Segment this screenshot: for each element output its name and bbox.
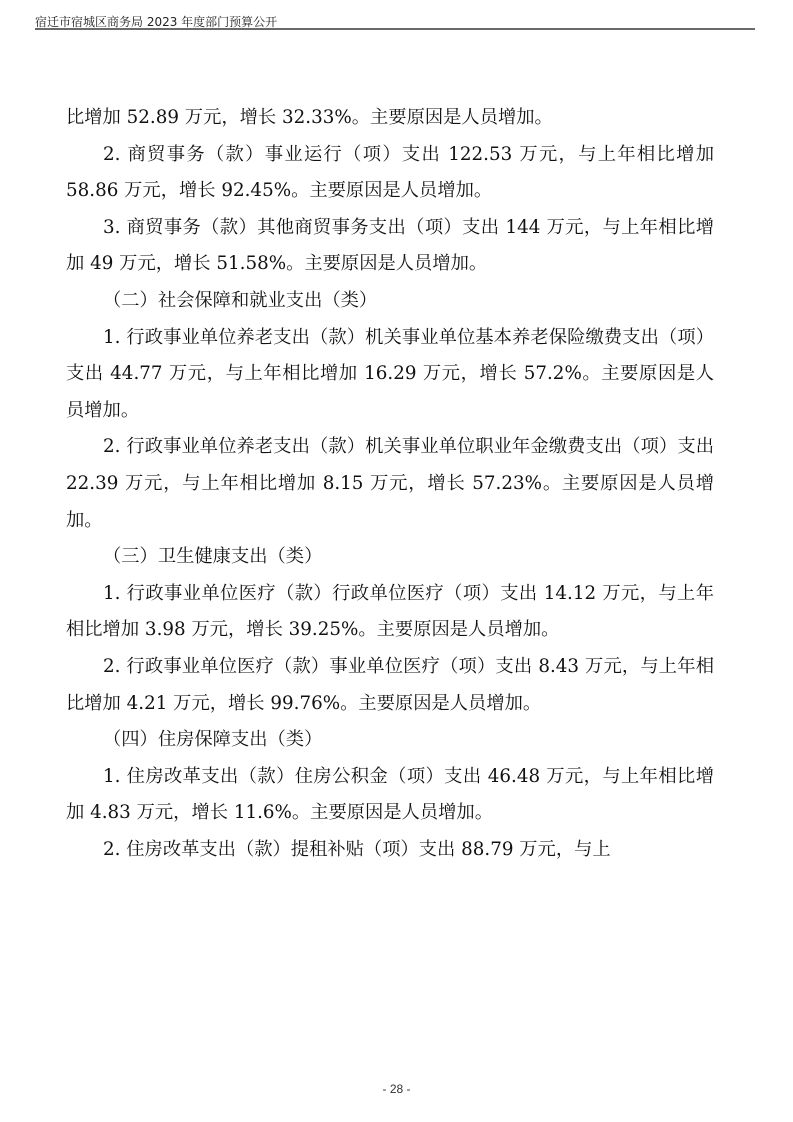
body-text: 比增加 52.89 万元，增长 32.33%。主要原因是人员增加。 2. 商贸事… <box>66 100 714 868</box>
paragraph-item: 2. 住房改革支出（款）提租补贴（项）支出 88.79 万元，与上 <box>66 832 714 869</box>
document-page: 宿迁市宿城区商务局 2023 年度部门预算公开 比增加 52.89 万元，增长 … <box>0 0 793 1122</box>
paragraph-item: 2. 行政事业单位养老支出（款）机关事业单位职业年金缴费支出（项）支出 22.3… <box>66 429 714 539</box>
section-heading: （三）卫生健康支出（类） <box>66 539 714 576</box>
paragraph-item: 3. 商贸事务（款）其他商贸事务支出（项）支出 144 万元，与上年相比增加 4… <box>66 210 714 283</box>
paragraph-item: 1. 行政事业单位医疗（款）行政单位医疗（项）支出 14.12 万元，与上年相比… <box>66 576 714 649</box>
paragraph-item: 1. 行政事业单位养老支出（款）机关事业单位基本养老保险缴费支出（项）支出 44… <box>66 320 714 430</box>
section-heading: （二）社会保障和就业支出（类） <box>66 283 714 320</box>
paragraph-item: 2. 商贸事务（款）事业运行（项）支出 122.53 万元，与上年相比增加 58… <box>66 137 714 210</box>
paragraph-item: 2. 行政事业单位医疗（款）事业单位医疗（项）支出 8.43 万元，与上年相比增… <box>66 649 714 722</box>
page-number: - 28 - <box>0 1082 793 1096</box>
paragraph-continuation: 比增加 52.89 万元，增长 32.33%。主要原因是人员增加。 <box>66 100 714 137</box>
paragraph-item: 1. 住房改革支出（款）住房公积金（项）支出 46.48 万元，与上年相比增加 … <box>66 759 714 832</box>
section-heading: （四）住房保障支出（类） <box>66 722 714 759</box>
header-rule <box>35 28 755 30</box>
